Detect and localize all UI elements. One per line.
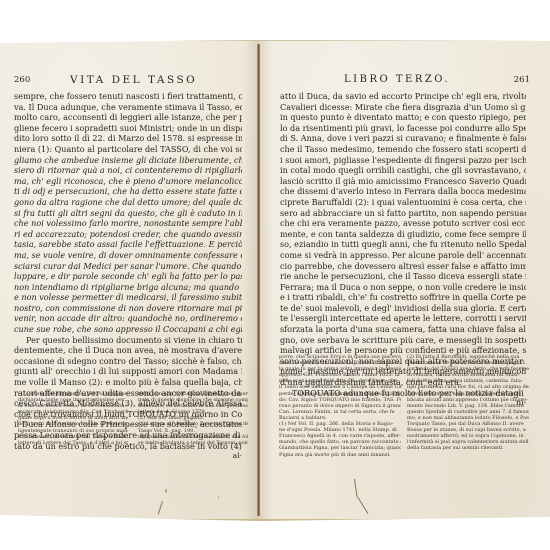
footnote-line: (3) Lettera all' Apostolo Zeno tra l'Ope… bbox=[138, 421, 248, 427]
text-line: sempre, che fossero tenuti nascosti i fi… bbox=[14, 91, 242, 102]
footnote-column-2: (2) Di fatto il Baruffaldi, sappiochè ne… bbox=[407, 354, 529, 452]
paragraph-start-line: Per questo bellissimo documento si viene… bbox=[14, 335, 242, 346]
footnote-line: rono peranto di dolce impero di Signora … bbox=[279, 403, 401, 409]
quoted-line: nostro, con commissione di non dovere ri… bbox=[14, 303, 242, 314]
open-book-spread: 260 VITA DEL TASSO sempre, che fossero t… bbox=[0, 40, 550, 518]
left-page: 260 VITA DEL TASSO sempre, che fossero t… bbox=[0, 40, 259, 521]
quoted-line: non intendiamo di ripigliarne briga alcu… bbox=[14, 282, 242, 293]
footnote-line: blicata alcuni anni appresso l'ottimo pi… bbox=[407, 397, 529, 403]
quoted-line: sciarsi curar dai Medici per sanar l'umo… bbox=[14, 261, 242, 272]
right-page-footnotes: porre, che Scipione Errico in quella sua… bbox=[279, 354, 529, 434]
quoted-line: gono da altra ragione che dal detto umor… bbox=[14, 197, 242, 208]
text-line: che il Tasso medesimo, temendo che fosse… bbox=[280, 144, 526, 155]
text-line: cio parrebbe, che dovessero altresì esse… bbox=[280, 261, 526, 272]
footnote-column-2: tanti, con una dottissima annotazione of… bbox=[138, 391, 248, 446]
right-page-header: LIBRO TERZO. 261 bbox=[259, 75, 550, 89]
footnote-line: do: Cav. Signor TORQUATO mio fratello; T… bbox=[279, 397, 401, 403]
footnote-line: lettere di Lettere del Tasso, e d'altri … bbox=[18, 440, 128, 446]
paper-blemish bbox=[165, 489, 167, 493]
book-spine-gutter bbox=[257, 44, 260, 516]
quoted-line: luppare, e dir parole seconde ch' egli h… bbox=[14, 271, 242, 282]
text-line: Cavalieri dicesse: Mirate che fiera disg… bbox=[280, 102, 526, 113]
quoted-line: ma, ch' egli riconosca, che è pieno d'um… bbox=[14, 176, 242, 187]
footnote-line: (4) Questa favola del buoto certiore, ch… bbox=[138, 434, 248, 440]
paper-crease bbox=[357, 496, 368, 513]
quoted-line: ma, se vuole venire, di dover omninament… bbox=[14, 250, 242, 261]
text-line: niera (1): Quanto al particolare del TAS… bbox=[14, 144, 242, 155]
paper-crease bbox=[354, 479, 357, 497]
footnote-line: ligentemente transuntò di suo proprio ma… bbox=[18, 428, 128, 434]
footnote-column-1: porre, che Scipione Errico in quella sua… bbox=[279, 354, 401, 458]
left-page-header: 260 VITA DEL TASSO bbox=[0, 75, 259, 89]
text-line: gliene fecero i sopradetti suoi Ministri… bbox=[14, 123, 242, 134]
text-line: dito loro sotto il dì 22. di Marzo del 1… bbox=[14, 133, 242, 144]
footnote-line: il Tasso solo incontrasse a Calliope da … bbox=[279, 384, 401, 390]
running-head: VITA DEL TASSO bbox=[70, 74, 197, 86]
footnote-line: lijsi parum sui cura hoc fui, ci ad alto… bbox=[407, 384, 529, 390]
footnote-line: e di ricavarvi un estratto del Tasso, a … bbox=[18, 434, 128, 440]
quoted-line: ti di odj e persecuzioni, che ha detto e… bbox=[14, 186, 242, 197]
text-line: sforzata la porta d'una sua camera, fatt… bbox=[280, 324, 526, 335]
text-line: me volle il Manso (2): e molto più è fal… bbox=[14, 377, 242, 388]
text-line: in questo punto è diventato matto; e con… bbox=[280, 112, 526, 123]
text-line: in cotal modo quegli orribili castighi, … bbox=[280, 165, 526, 176]
text-line: dentemente, che il Duca non avea, nè mos… bbox=[14, 345, 242, 356]
quoted-line: siero di ritornar quà a noi, ci contente… bbox=[14, 165, 242, 176]
catchword: al- bbox=[14, 451, 242, 462]
text-line: te l'essergli intercettate ed aperte le … bbox=[280, 313, 526, 324]
text-line: che chi era veramente pazzo, avesse potu… bbox=[280, 218, 526, 229]
quoted-line: che noi volessimo farlo morire, nonostan… bbox=[14, 218, 242, 229]
text-line: giunti all' orecchio i di lui supposti a… bbox=[14, 366, 242, 377]
text-line: molto caro, acconsentì di leggieri alle … bbox=[14, 112, 242, 123]
quoted-line: venir, non accade dir altro: quandochè n… bbox=[14, 313, 242, 324]
text-line: occasione di sdegno contro del Tasso; si… bbox=[14, 356, 242, 367]
footnote-line: doti, tratti dall' Archivio Ducale di Mo… bbox=[18, 421, 128, 427]
footnote-line: perde, alludesse allegatamente a questo … bbox=[279, 391, 401, 397]
page-number: 261 bbox=[514, 75, 530, 85]
footnote-column-1: (1) Questo bel documento, per cui vengon… bbox=[18, 391, 128, 446]
running-head: LIBRO TERZO. bbox=[344, 74, 450, 85]
text-line: mente, e con tanta saldezza di giudizio,… bbox=[280, 229, 526, 240]
quoted-line: si fra tutti gli altri segni da questo, … bbox=[14, 208, 242, 219]
text-line: rie anche le persecuzioni, che il Tasso … bbox=[280, 271, 526, 282]
text-line: come si vedrà in appresso. Per alcune pa… bbox=[280, 250, 526, 261]
paper-blemish bbox=[218, 496, 219, 499]
quoted-line: e non volesse permetter di medicarsi, il… bbox=[14, 292, 242, 303]
footnote-line: Pigna era già morto più di due anni inna… bbox=[279, 452, 401, 458]
footnote-line: della fantasia per sui uomini rilevanti. bbox=[407, 445, 529, 451]
text-line: di S. Anna, dove i veri pazzi si curavan… bbox=[280, 133, 526, 144]
paper-crease bbox=[158, 501, 163, 515]
text-line: sero ad abbracciare un sì fatto partito,… bbox=[280, 208, 526, 219]
text-line: va. Il Duca adunque, che veramente stima… bbox=[14, 102, 242, 113]
text-line: te de' suoi malevoli, e degl' invidiosi … bbox=[280, 303, 526, 314]
footnote-line: se molto divulgata a tempi del Tassoni, … bbox=[138, 440, 248, 446]
text-line: gno, ove serbava le scritture più care, … bbox=[280, 335, 526, 346]
quoted-line: ri ed accarezzato; potendosi creder, che… bbox=[14, 229, 242, 240]
text-line: lasciò scritto il già mio amicissimo Fra… bbox=[280, 176, 526, 187]
footnote-line: Giambattista Pigna, per lasciar l'amiciz… bbox=[279, 445, 401, 451]
right-page: LIBRO TERZO. 261 atto il Duca, da savio … bbox=[259, 40, 550, 521]
quoted-line: gliamo che ambedue insieme gli diciate l… bbox=[14, 155, 242, 166]
footnote-line: mente Secondo Lib. V. pag. 134. Ebbe l'a… bbox=[407, 403, 529, 409]
text-line: che dissemi d'averlo inteso in Ferrara d… bbox=[280, 186, 526, 197]
text-line: e i tratti ribaldi, ch'e' fu costretto s… bbox=[280, 292, 526, 303]
quoted-line: tasia, sarebbe stato assai facile l'effe… bbox=[14, 239, 242, 250]
gutter-shadow bbox=[259, 41, 273, 519]
text-line: so, eziandio in tutti quegli anni, che f… bbox=[280, 239, 526, 250]
page-number: 260 bbox=[14, 75, 30, 85]
text-line: lo da risentimenti più gravi, lo facesse… bbox=[280, 123, 526, 134]
footnote-line: crevit, autumant, nella Storia di Ferrar… bbox=[407, 391, 529, 397]
left-page-footnotes: (1) Questo bel documento, per cui vengon… bbox=[18, 391, 250, 451]
text-line: atto il Duca, da savio ed accorto Princi… bbox=[280, 91, 526, 102]
quoted-line: cune sue robe, che sono appresso il Cocc… bbox=[14, 324, 242, 335]
text-line: Ferrara; ma il Duca o non seppe, o non v… bbox=[280, 282, 526, 293]
text-line: i suoi amori, pigliasse l'espediente di … bbox=[280, 155, 526, 166]
text-line: ciprete Baruffaldi (2): i quai valentuom… bbox=[280, 197, 526, 208]
